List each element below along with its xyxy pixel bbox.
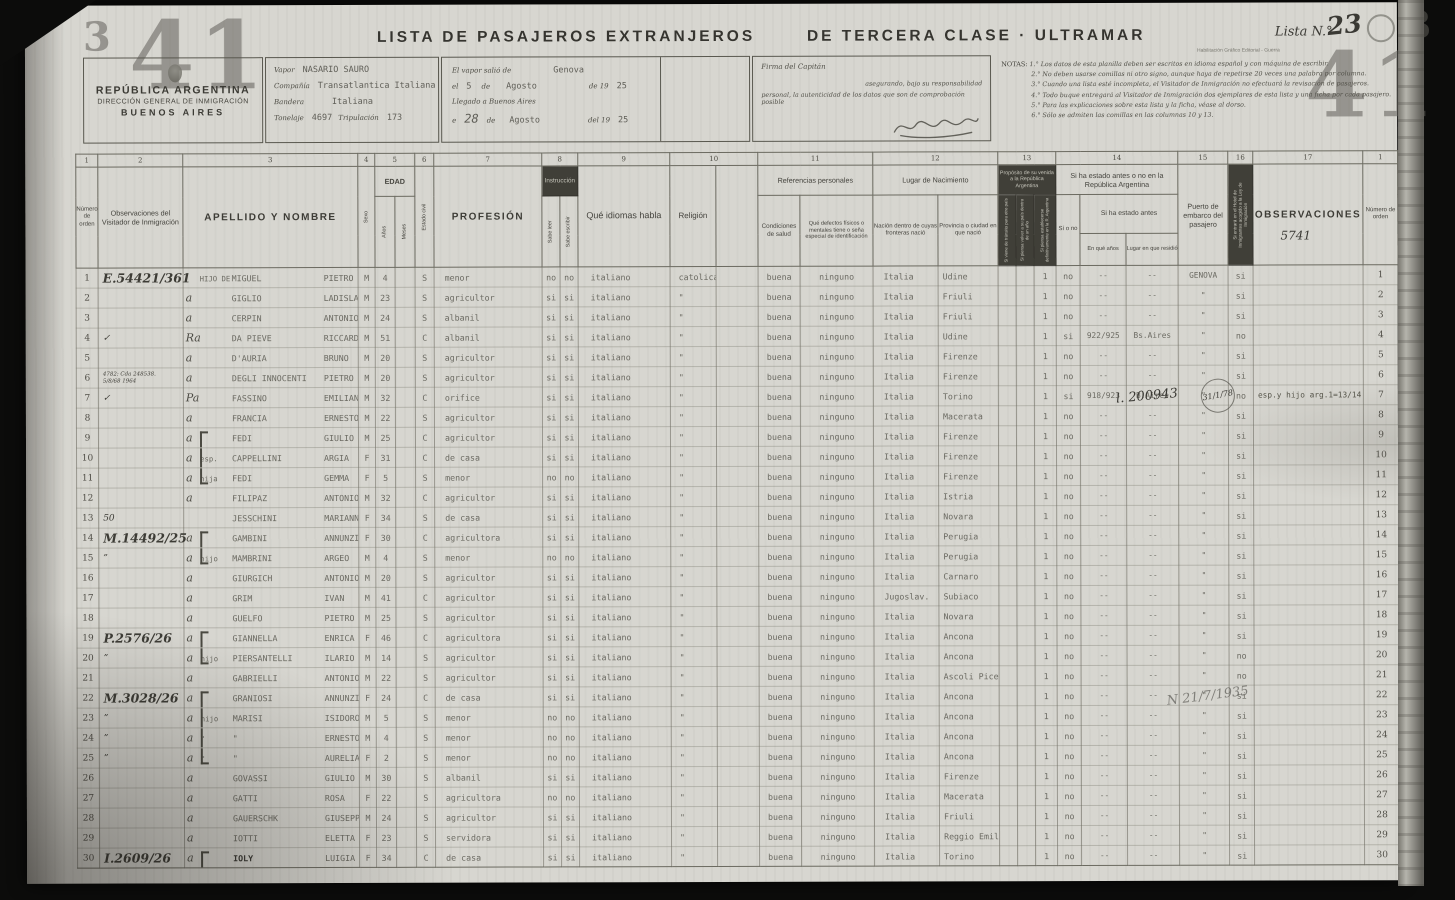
cell-row-number: 22 [77, 688, 99, 708]
cell-visitor-observation [99, 588, 184, 608]
cell-hotel-inmigrantes: si [1229, 505, 1254, 525]
cell-row-number-right: 4 [1363, 325, 1398, 345]
cell-age-years: 20 [375, 347, 395, 367]
cell-age-months [395, 287, 415, 307]
anio-prefix2: del 19 [588, 116, 610, 124]
cell-sex: M [359, 607, 376, 627]
cell-age-months [395, 327, 415, 347]
cell-visitor-observation: ” [99, 748, 184, 768]
voyage-box: El vapor salió deGenova el5deAgostode 19… [441, 56, 751, 143]
cell-sex: M [359, 667, 376, 687]
cell-purpose-return [1016, 366, 1034, 386]
cell-place-resided: -- [1127, 645, 1179, 665]
cell-place-resided: -- [1127, 425, 1179, 445]
cell-name: aIOLYLUIGIA [185, 847, 360, 867]
cell-years-before: -- [1081, 425, 1127, 445]
cell-observations [1254, 605, 1364, 625]
cell-embark-port: " [1179, 605, 1229, 625]
captain-line1: asegurando, bajo su responsabilidad [761, 80, 982, 88]
cell-place-resided: -- [1127, 545, 1179, 565]
cell-religion: catolica [670, 266, 716, 286]
cell-visitor-observation [99, 768, 184, 788]
cell-visitor-observation [99, 488, 184, 508]
cell-years-before: -- [1081, 585, 1127, 605]
given-name: ILARIO [325, 653, 355, 663]
cell-place-resided: -- [1127, 605, 1179, 625]
cell-profession: agricultor [435, 667, 543, 687]
cell-age-years: 24 [376, 807, 396, 827]
cell-can-read: no [543, 747, 561, 767]
cell-years-before: -- [1080, 405, 1126, 425]
cell-nation: Italia [873, 266, 938, 286]
cell-observations [1255, 785, 1365, 805]
cell-visitor-observation [98, 348, 183, 368]
cell-sex: M [359, 567, 376, 587]
agency-city: BUENOS AIRES [84, 107, 262, 117]
cell-spacer [716, 386, 758, 406]
cell-hotel-inmigrantes: si [1230, 785, 1255, 805]
tonelaje-value: 4697 [312, 113, 333, 123]
cell-purpose-settle: 1 [1035, 786, 1057, 806]
cell-language: italiano [579, 707, 671, 727]
cell-language: italiano [579, 727, 671, 747]
col-number: 14 [1056, 151, 1178, 164]
mes-salida: Agosto [506, 81, 537, 91]
cell-age-years: 23 [377, 827, 397, 847]
cell-age-months [396, 507, 416, 527]
cell-name: aD'AURIABRUNO [183, 347, 358, 367]
salio-label: El vapor salió de [452, 67, 511, 75]
cell-purpose-return [1017, 706, 1035, 726]
cell-name: aGAMBINIANNUNZIATA [184, 527, 359, 547]
cell-civil-status: C [415, 427, 434, 447]
cell-name: aIOTTIELETTA [185, 827, 360, 847]
cell-province: Novara [939, 506, 999, 526]
name-prefix: hijo [201, 654, 233, 663]
cell-age-months [396, 647, 416, 667]
cell-can-read: no [542, 267, 560, 287]
cell-profession: agricultora [435, 787, 543, 807]
cell-row-number: 13 [77, 508, 99, 528]
cell-name: JESSCHINIMARIANNA [184, 507, 359, 527]
cell-spacer [717, 746, 759, 766]
cell-purpose-settle: 1 [1035, 426, 1057, 446]
cell-age-years: 20 [375, 367, 395, 387]
cell-religion: " [670, 326, 716, 346]
given-name: PIETRO [324, 373, 354, 383]
given-name: ANTONIO [324, 313, 359, 323]
cell-purpose-transit [998, 366, 1016, 386]
cell-place-resided: -- [1127, 485, 1179, 505]
surname: CAPPELLINI [232, 453, 324, 463]
cell-purpose-return [1018, 826, 1036, 846]
cell-nation: Italia [874, 686, 939, 706]
cell-spacer [717, 686, 759, 706]
cell-can-write: no [561, 707, 579, 727]
cell-nation: Italia [874, 446, 939, 466]
cell-visitor-observation: 50 [99, 508, 184, 528]
cell-religion: " [671, 486, 717, 506]
cell-health: buena [759, 746, 801, 766]
col-header-salud: Condiciones de salud [758, 195, 800, 266]
cell-province: Perugia [939, 526, 999, 546]
cell-profession: de casa [436, 847, 544, 867]
cell-purpose-return [1017, 606, 1035, 626]
surname: JESSCHINI [232, 513, 324, 523]
cell-defects: ninguno [802, 826, 875, 846]
cell-row-number-right: 22 [1364, 685, 1399, 705]
surname: FILIPAZ [232, 493, 324, 503]
cell-can-read: si [544, 827, 562, 847]
cell-province: Perugia [939, 546, 999, 566]
cell-row-number: 3 [76, 308, 98, 328]
cell-age-years: 32 [376, 487, 396, 507]
cell-row-number-right: 17 [1364, 585, 1399, 605]
cell-religion: " [670, 366, 716, 386]
cell-age-years: 20 [376, 567, 396, 587]
inspection-mark: a [186, 491, 200, 504]
cell-nation: Italia [873, 426, 938, 446]
cell-purpose-transit [999, 586, 1017, 606]
cell-language: italiano [578, 387, 670, 407]
cell-purpose-transit [999, 546, 1017, 566]
cell-profession: servidora [436, 827, 544, 847]
cell-hotel-inmigrantes: si [1229, 465, 1254, 485]
cell-language: italiano [580, 847, 672, 867]
cell-visitor-observation [99, 668, 184, 688]
cell-religion: " [670, 286, 716, 306]
surname: IOTTI [233, 833, 325, 843]
cell-purpose-settle: 1 [1035, 506, 1057, 526]
inspection-mark: a [186, 571, 200, 584]
cell-profession: agricultor [435, 487, 543, 507]
col-header-defectos: Qué defectos físicos o mentales tiene o … [800, 195, 873, 266]
cell-place-resided: -- [1127, 525, 1179, 545]
cell-can-read: si [543, 767, 561, 787]
cell-purpose-transit [999, 626, 1017, 646]
cell-row-number-right: 6 [1363, 365, 1398, 385]
name-prefix: HIJO DE [200, 274, 232, 283]
page-title: LISTA DE PASAJEROS EXTRANJEROS [377, 28, 755, 47]
cell-been-before: no [1058, 806, 1082, 826]
cell-civil-status: S [416, 707, 435, 727]
cell-civil-status: S [416, 647, 435, 667]
cell-sex: F [359, 527, 376, 547]
cell-nation: Italia [874, 526, 939, 546]
cell-been-before: no [1056, 286, 1080, 306]
cell-sex: F [359, 447, 376, 467]
cell-language: italiano [578, 347, 670, 367]
cell-name: PaFASSINOEMILIANO [183, 387, 358, 407]
cell-language: italiano [579, 507, 671, 527]
surname: D'AURIA [232, 353, 324, 363]
cell-province: Ancona [939, 686, 999, 706]
cell-hotel-inmigrantes: si [1229, 765, 1254, 785]
cell-observations [1253, 265, 1363, 285]
cell-sex: M [359, 727, 376, 747]
cell-can-write: si [561, 607, 579, 627]
captain-signature [890, 112, 980, 138]
cell-row-number-right: 26 [1364, 765, 1399, 785]
cell-health: buena [759, 546, 801, 566]
cell-visitor-observation [100, 828, 185, 848]
cell-can-read: si [542, 287, 560, 307]
cell-can-write: si [561, 587, 579, 607]
col-header-si-o-no: Sí o no [1056, 195, 1080, 266]
cell-embark-port: " [1179, 625, 1229, 645]
cell-row-number: 23 [77, 708, 99, 728]
col-header-idiomas: Qué idiomas habla [578, 166, 670, 267]
cell-visitor-observation [99, 788, 184, 808]
cell-been-before: no [1057, 626, 1081, 646]
surname: GOVASSI [233, 773, 325, 783]
cell-purpose-return [1017, 686, 1035, 706]
cell-embark-port: GENOVA [1178, 265, 1228, 285]
cell-embark-port: " [1180, 785, 1230, 805]
cell-row-number: 10 [77, 448, 99, 468]
cell-purpose-settle: 1 [1034, 326, 1056, 346]
cell-civil-status: S [416, 767, 435, 787]
cell-age-months [396, 767, 416, 787]
cell-row-number: 18 [77, 608, 99, 628]
cell-row-number: 6 [76, 368, 98, 388]
voyage-divider [660, 57, 661, 141]
cell-sex: M [358, 307, 375, 327]
cell-language: italiano [579, 447, 671, 467]
cell-name: aGIURGICHANTONIO [184, 567, 359, 587]
cell-name: ahijoMAMBRINIARGEO [184, 547, 359, 567]
cell-defects: ninguno [801, 466, 874, 486]
cell-can-write: no [561, 467, 579, 487]
cell-can-read: si [543, 627, 561, 647]
cell-row-number-right: 3 [1363, 305, 1398, 325]
cell-profession: agricultor [435, 607, 543, 627]
cell-purpose-transit [999, 766, 1017, 786]
cell-defects: ninguno [800, 346, 873, 366]
cell-defects: ninguno [801, 666, 874, 686]
cell-place-resided: -- [1126, 405, 1178, 425]
col-number: 9 [578, 153, 670, 166]
cell-visitor-observation: M.14492/25 [99, 528, 184, 548]
salio-value: Genova [553, 65, 584, 75]
surname: " [233, 753, 325, 763]
cell-profession: de casa [435, 687, 543, 707]
cell-purpose-transit [999, 506, 1017, 526]
cell-province: Reggio Emil. [940, 826, 1000, 846]
cell-been-before: no [1057, 466, 1081, 486]
cell-health: buena [759, 466, 801, 486]
cell-been-before: no [1056, 406, 1080, 426]
cell-hotel-inmigrantes: si [1228, 365, 1253, 385]
cell-hotel-inmigrantes: si [1229, 485, 1254, 505]
col-header-anios: Años [375, 196, 395, 267]
cell-sex: F [360, 827, 377, 847]
cell-age-years: 4 [375, 267, 395, 287]
cell-can-read: si [543, 567, 561, 587]
compania-value: Transatlantica Italiana [318, 81, 436, 91]
cell-spacer [716, 266, 758, 286]
cell-age-months [395, 347, 415, 367]
cell-visitor-observation [99, 568, 184, 588]
cell-row-number-right: 30 [1365, 845, 1400, 865]
col-number: 12 [873, 152, 998, 165]
cell-years-before: -- [1081, 685, 1127, 705]
country-name: REPÚBLICA ARGENTINA [84, 84, 262, 96]
cell-province: Ancona [939, 646, 999, 666]
cell-been-before: no [1057, 506, 1081, 526]
cell-row-number-right: 23 [1364, 705, 1399, 725]
cell-defects: ninguno [802, 846, 875, 866]
cell-age-years: 5 [376, 467, 396, 487]
given-name: GIULIO [324, 433, 354, 443]
cell-sex: M [359, 487, 376, 507]
de2-label: de [487, 117, 496, 125]
cell-purpose-return [1016, 266, 1034, 286]
cell-row-number: 11 [77, 468, 99, 488]
cell-can-write: si [561, 487, 579, 507]
vapor-value: NASARIO SAURO [303, 65, 370, 75]
cell-religion: " [671, 706, 717, 726]
document-page: 3 41 41 3 LISTA DE PASAJEROS EXTRANJEROS… [25, 2, 1399, 884]
cell-age-years: 25 [376, 607, 396, 627]
cell-can-write: si [561, 687, 579, 707]
cell-purpose-return [1016, 286, 1034, 306]
cell-purpose-return [1017, 506, 1035, 526]
given-name: ANNUNZIATA [325, 693, 360, 703]
cell-embark-port: " [1178, 285, 1228, 305]
cell-years-before: -- [1081, 605, 1127, 625]
cell-civil-status: S [415, 267, 434, 287]
cell-language: italiano [579, 667, 671, 687]
cell-purpose-settle: 1 [1036, 846, 1058, 866]
cell-hotel-inmigrantes: si [1230, 825, 1255, 845]
cell-embark-port: " [1179, 765, 1229, 785]
cell-embark-port: " [1179, 505, 1229, 525]
cell-row-number: 27 [77, 788, 99, 808]
cell-defects: ninguno [800, 266, 873, 286]
cell-age-years: 24 [375, 307, 395, 327]
cell-row-number: 19 [77, 628, 99, 648]
anio-llegada: 25 [618, 115, 628, 125]
cell-observations [1254, 525, 1364, 545]
cell-defects: ninguno [800, 326, 873, 346]
cell-can-write: si [560, 387, 578, 407]
cell-purpose-return [1017, 466, 1035, 486]
cell-civil-status: S [415, 287, 434, 307]
inspection-mark: a [187, 731, 201, 744]
cell-religion: " [671, 686, 717, 706]
cell-province: Friuli [938, 306, 998, 326]
cell-hotel-inmigrantes: si [1229, 525, 1254, 545]
cell-purpose-settle: 1 [1035, 766, 1057, 786]
cell-place-resided: -- [1127, 585, 1179, 605]
cell-row-number: 9 [76, 428, 98, 448]
cell-embark-port: " [1178, 305, 1228, 325]
dia-salida: 5 [466, 82, 471, 92]
cell-health: buena [759, 446, 801, 466]
col-header-provincia: Provincia o ciudad en que nació [938, 195, 998, 266]
cell-years-before: -- [1081, 545, 1127, 565]
cell-hotel-inmigrantes: si [1229, 565, 1254, 585]
cell-visitor-observation: P.2576/26 [99, 628, 184, 648]
col-header-observaciones-visitador: Observaciones del Visitador de Inmigraci… [98, 167, 183, 268]
cell-purpose-settle: 1 [1034, 286, 1056, 306]
cell-can-write: si [561, 447, 579, 467]
cell-profession: agricultora [435, 627, 543, 647]
cell-age-months [396, 587, 416, 607]
coat-of-arms-icon [168, 64, 182, 82]
cell-can-write: si [561, 767, 579, 787]
cell-can-write: si [561, 647, 579, 667]
inspection-mark: a [186, 591, 200, 604]
cell-religion: " [670, 346, 716, 366]
cell-age-months [396, 787, 416, 807]
table-body: 1 E.54421/361 HIJO DEMIGUELPIETRO M 4 S … [76, 265, 1400, 868]
cell-age-months [396, 467, 416, 487]
cell-profession: de casa [435, 507, 543, 527]
cell-spacer [718, 846, 760, 866]
inspection-mark: a [187, 791, 201, 804]
cell-years-before: -- [1080, 265, 1126, 285]
cell-province: Udine [938, 326, 998, 346]
cell-observations [1253, 345, 1363, 365]
cell-purpose-return [1016, 326, 1034, 346]
cell-can-write: no [561, 747, 579, 767]
cell-nation: Italia [874, 786, 939, 806]
cell-religion: " [670, 306, 716, 326]
cell-profession: menor [434, 267, 542, 287]
cell-defects: ninguno [801, 566, 874, 586]
inspection-mark: a [186, 291, 200, 304]
cell-been-before: no [1057, 546, 1081, 566]
cell-can-read: si [543, 587, 561, 607]
cell-row-number: 25 [77, 748, 99, 768]
cell-sex: F [359, 627, 376, 647]
cell-hotel-inmigrantes: si [1229, 625, 1254, 645]
cell-place-resided: -- [1126, 365, 1178, 385]
cell-visitor-observation [99, 468, 184, 488]
cell-profession: agricultor [434, 427, 542, 447]
cell-age-years: 22 [376, 787, 396, 807]
cell-can-read: si [543, 807, 561, 827]
cell-embark-port: " [1179, 525, 1229, 545]
cell-hotel-inmigrantes: si [1229, 545, 1254, 565]
cell-purpose-transit [1000, 826, 1018, 846]
cell-defects: ninguno [801, 726, 874, 746]
cell-spacer [717, 566, 759, 586]
cell-row-number-right: 11 [1364, 465, 1399, 485]
cell-observations [1254, 765, 1364, 785]
cell-can-write: si [561, 527, 579, 547]
cell-profession: albanil [435, 767, 543, 787]
cell-place-resided: -- [1128, 805, 1180, 825]
cell-embark-port: " [1179, 545, 1229, 565]
cell-defects: ninguno [800, 366, 873, 386]
cell-spacer [717, 646, 759, 666]
cell-sex: F [360, 847, 377, 867]
cell-province: Firenze [938, 426, 998, 446]
cell-civil-status: C [416, 527, 435, 547]
cell-purpose-transit [999, 486, 1017, 506]
inspection-mark: Pa [186, 391, 200, 404]
cell-purpose-settle: 1 [1034, 366, 1056, 386]
compania-label: Compañía [274, 82, 310, 90]
cell-age-months [396, 807, 416, 827]
cell-province: Torino [938, 386, 998, 406]
cell-sex: F [359, 507, 376, 527]
col-header-sexo: Sexo [358, 166, 375, 267]
cell-been-before: no [1057, 426, 1081, 446]
